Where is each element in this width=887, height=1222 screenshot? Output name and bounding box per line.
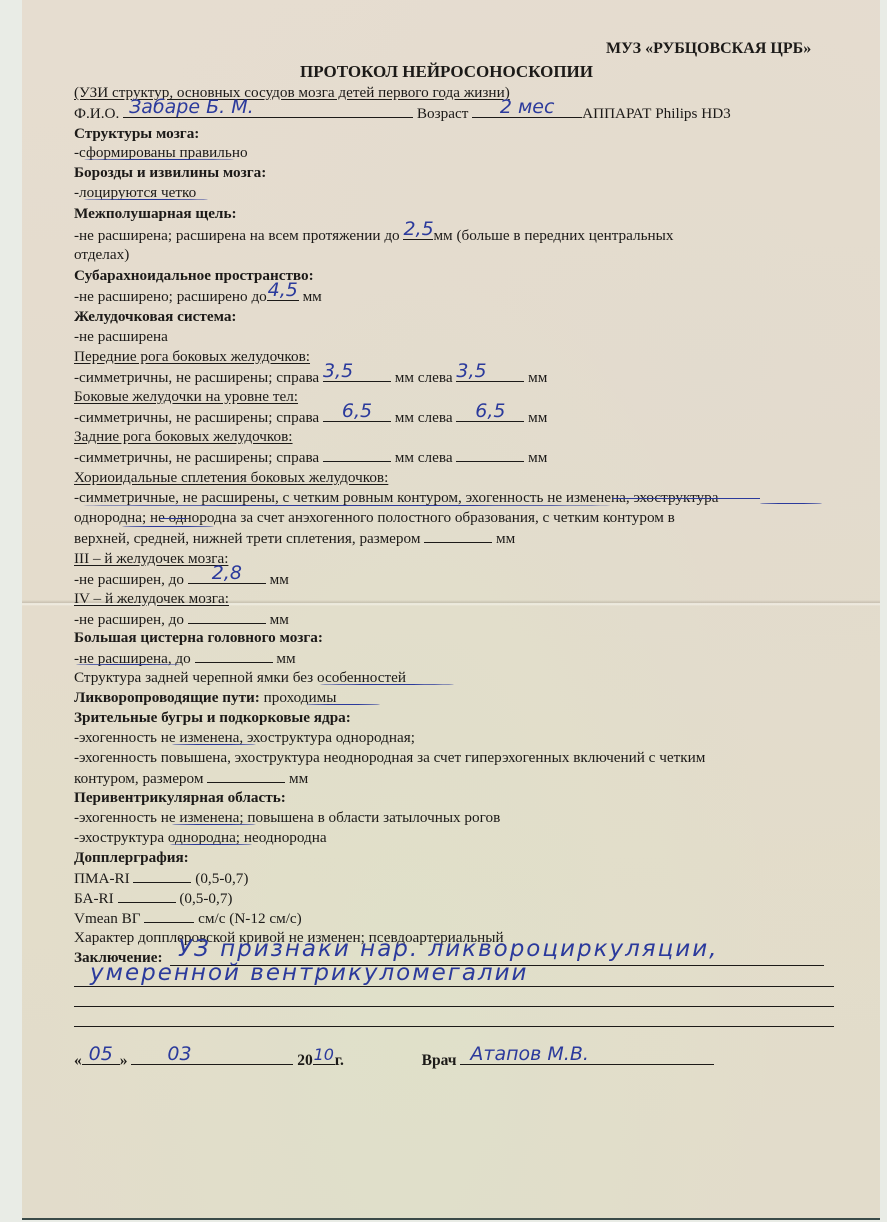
- thalamus-unit: мм: [289, 770, 308, 787]
- ink-underline-mark: [306, 704, 380, 705]
- vmean-label: Vmean ВГ: [74, 910, 141, 927]
- ba-label: БА-RI: [74, 890, 114, 907]
- ink-underline-mark: [84, 159, 234, 160]
- vmean-field[interactable]: [144, 908, 194, 923]
- bodies-left-field[interactable]: 6,5: [456, 407, 524, 422]
- month-field[interactable]: 03: [131, 1050, 293, 1065]
- age-value: 2 мес: [472, 98, 582, 117]
- fissure-unit: мм (больше в передних центральных: [433, 227, 673, 244]
- choroid-text: верхней, средней, нижней трети сплетения…: [74, 530, 420, 547]
- csf-row: Ликворопроводящие пути: проходимы: [74, 688, 336, 707]
- cisterna-field[interactable]: [195, 648, 273, 663]
- ink-underline-mark: [170, 844, 252, 845]
- footer-row: «05» 03 2010г. Врач Атапов М.В.: [74, 1050, 714, 1070]
- ba-row: БА-RI (0,5-0,7): [74, 888, 232, 908]
- third-ventricle-field[interactable]: 2,8: [188, 569, 266, 584]
- date-close-quote: »: [120, 1052, 128, 1069]
- ba-norm: (0,5-0,7): [179, 890, 232, 907]
- day-field[interactable]: 05: [82, 1050, 120, 1065]
- age-field[interactable]: 2 мес: [472, 103, 582, 118]
- thalamus-row3: контуром, размером мм: [74, 768, 308, 788]
- bodies-row: -симметричны, не расширены; справа 6,5 м…: [74, 407, 547, 427]
- csf-label: Ликворопроводящие пути:: [74, 689, 260, 706]
- year-prefix: 20: [297, 1052, 313, 1069]
- pma-label: ПМА-RI: [74, 870, 130, 887]
- posterior-right-field[interactable]: [323, 447, 391, 462]
- ink-underline-mark: [172, 744, 256, 745]
- pma-norm: (0,5-0,7): [195, 870, 248, 887]
- posterior-horns-heading: Задние рога боковых желудочков:: [74, 427, 293, 446]
- ventricular-heading: Желудочковая система:: [74, 307, 237, 326]
- posterior-horns-text: -симметричны, не расширены; справа: [74, 449, 319, 466]
- year-unit: г.: [335, 1052, 344, 1069]
- choroid-row3: верхней, средней, нижней трети сплетения…: [74, 528, 515, 548]
- periventricular-line1: -эхогенность не изменена; повышена в обл…: [74, 808, 500, 827]
- ink-underline-mark: [760, 503, 822, 504]
- posterior-unit: мм: [528, 449, 547, 466]
- fourth-ventricle-row: -не расширен, до мм: [74, 609, 289, 629]
- anterior-right-field[interactable]: 3,5: [323, 367, 391, 382]
- thalamus-text: контуром, размером: [74, 770, 203, 787]
- fissure-heading: Межполушарная щель:: [74, 204, 237, 223]
- thalamus-heading: Зрительные бугры и подкорковые ядра:: [74, 708, 351, 727]
- vmean-row: Vmean ВГ см/с (N-12 см/с): [74, 908, 302, 928]
- fourth-ventricle-heading: IV – й желудочек мозга:: [74, 589, 229, 608]
- posterior-mid-label: мм слева: [395, 449, 453, 466]
- anterior-left-field[interactable]: 3,5: [456, 367, 524, 382]
- anterior-left-value: 3,5: [456, 362, 524, 381]
- fourth-ventricle-unit: мм: [270, 611, 289, 628]
- ba-field[interactable]: [118, 888, 176, 903]
- document-title: ПРОТОКОЛ НЕЙРОСОНОСКОПИИ: [300, 62, 593, 82]
- structures-heading: Структуры мозга:: [74, 124, 199, 143]
- choroid-heading: Хориоидальные сплетения боковых желудочк…: [74, 468, 388, 487]
- ink-strikethrough-mark: [160, 518, 186, 519]
- fourth-ventricle-text: -не расширен, до: [74, 611, 184, 628]
- subarachnoid-row: -не расширено; расширено до4,5 мм: [74, 286, 322, 306]
- sulci-heading: Борозды и извилины мозга:: [74, 163, 266, 182]
- pma-field[interactable]: [133, 868, 191, 883]
- cisterna-row: -не расширена, до мм: [74, 648, 296, 668]
- fio-field[interactable]: Забаре Б. М.: [123, 103, 413, 118]
- subarachnoid-field[interactable]: 4,5: [267, 286, 299, 301]
- doctor-signature: Атапов М.В.: [460, 1045, 714, 1064]
- thalamus-size-field[interactable]: [207, 768, 285, 783]
- ink-underline-mark: [122, 526, 214, 527]
- bodies-mid-label: мм слева: [395, 409, 453, 426]
- doppler-heading: Допплерграфия:: [74, 848, 189, 867]
- institution-name: МУЗ «РУБЦОВСКАЯ ЦРБ»: [606, 40, 811, 58]
- fio-value: Забаре Б. М.: [123, 98, 413, 117]
- thalamus-line2: -эхогенность повышена, эхоструктура неод…: [74, 748, 705, 767]
- device-label: АППАРАТ Philips HD3: [582, 105, 731, 122]
- ink-underline-mark: [172, 824, 256, 825]
- anterior-right-value: 3,5: [323, 362, 391, 381]
- pma-row: ПМА-RI (0,5-0,7): [74, 868, 248, 888]
- periventricular-heading: Перивентрикулярная область:: [74, 788, 286, 807]
- fissure-text: -не расширена; расширена на всем протяже…: [74, 227, 400, 244]
- third-ventricle-value: 2,8: [188, 564, 266, 583]
- choroid-size-field[interactable]: [424, 528, 492, 543]
- ink-strikethrough-mark: [612, 498, 760, 499]
- fissure-row: -не расширена; расширена на всем протяже…: [74, 225, 673, 245]
- doctor-label: Врач: [422, 1052, 457, 1069]
- vmean-norm: см/с (N-12 см/с): [198, 910, 302, 927]
- ink-underline-mark: [82, 505, 612, 506]
- fourth-ventricle-field[interactable]: [188, 609, 266, 624]
- ventricular-text: -не расширена: [74, 327, 168, 346]
- choroid-unit: мм: [496, 530, 515, 547]
- ink-underline-mark: [76, 664, 180, 665]
- bodies-heading: Боковые желудочки на уровне тел:: [74, 387, 298, 406]
- third-ventricle-text: -не расширен, до: [74, 571, 184, 588]
- patient-row: Ф.И.О. Забаре Б. М. Возраст 2 месАППАРАТ…: [74, 103, 731, 123]
- third-ventricle-row: -не расширен, до 2,8 мм: [74, 569, 289, 589]
- anterior-mid-label: мм слева: [395, 369, 453, 386]
- cisterna-unit: мм: [276, 650, 295, 667]
- bodies-text: -симметричны, не расширены; справа: [74, 409, 319, 426]
- ink-underline-mark: [84, 199, 208, 200]
- anterior-horns-row: -симметричны, не расширены; справа 3,5 м…: [74, 367, 547, 387]
- subarachnoid-text: -не расширено; расширено до: [74, 288, 267, 305]
- year-value: 10: [313, 1045, 335, 1064]
- fissure-text-cont: отделах): [74, 245, 129, 264]
- bodies-right-value: 6,5: [323, 402, 391, 421]
- fissure-value: 2,5: [403, 220, 433, 239]
- anterior-unit: мм: [528, 369, 547, 386]
- conclusion-handwriting-line1[interactable]: УЗ признаки нар. ликвороциркуляции,: [178, 936, 718, 962]
- posterior-horns-row: -симметричны, не расширены; справа мм сл…: [74, 447, 547, 467]
- age-label: Возраст: [417, 105, 468, 122]
- year-field[interactable]: 10: [313, 1050, 335, 1065]
- subarachnoid-unit: мм: [303, 288, 322, 305]
- conclusion-rule: [74, 986, 834, 987]
- month-value: 03: [131, 1045, 293, 1064]
- subarachnoid-value: 4,5: [267, 281, 299, 300]
- conclusion-handwriting-line2[interactable]: умеренной вентрикуломегалии: [90, 960, 529, 986]
- fio-label: Ф.И.О.: [74, 105, 119, 122]
- bodies-right-field[interactable]: 6,5: [323, 407, 391, 422]
- third-ventricle-unit: мм: [270, 571, 289, 588]
- posterior-left-field[interactable]: [456, 447, 524, 462]
- fissure-field[interactable]: 2,5: [403, 225, 433, 240]
- cisterna-heading: Большая цистерна головного мозга:: [74, 628, 323, 647]
- anterior-horns-text: -симметричны, не расширены; справа: [74, 369, 319, 386]
- doctor-field[interactable]: Атапов М.В.: [460, 1050, 714, 1065]
- bodies-left-value: 6,5: [456, 402, 524, 421]
- conclusion-rule: [74, 1026, 834, 1027]
- date-open-quote: «: [74, 1052, 82, 1069]
- bodies-unit: мм: [528, 409, 547, 426]
- anterior-horns-heading: Передние рога боковых желудочков:: [74, 347, 310, 366]
- day-value: 05: [82, 1045, 120, 1064]
- ink-underline-mark: [320, 684, 454, 685]
- conclusion-rule: [74, 1006, 834, 1007]
